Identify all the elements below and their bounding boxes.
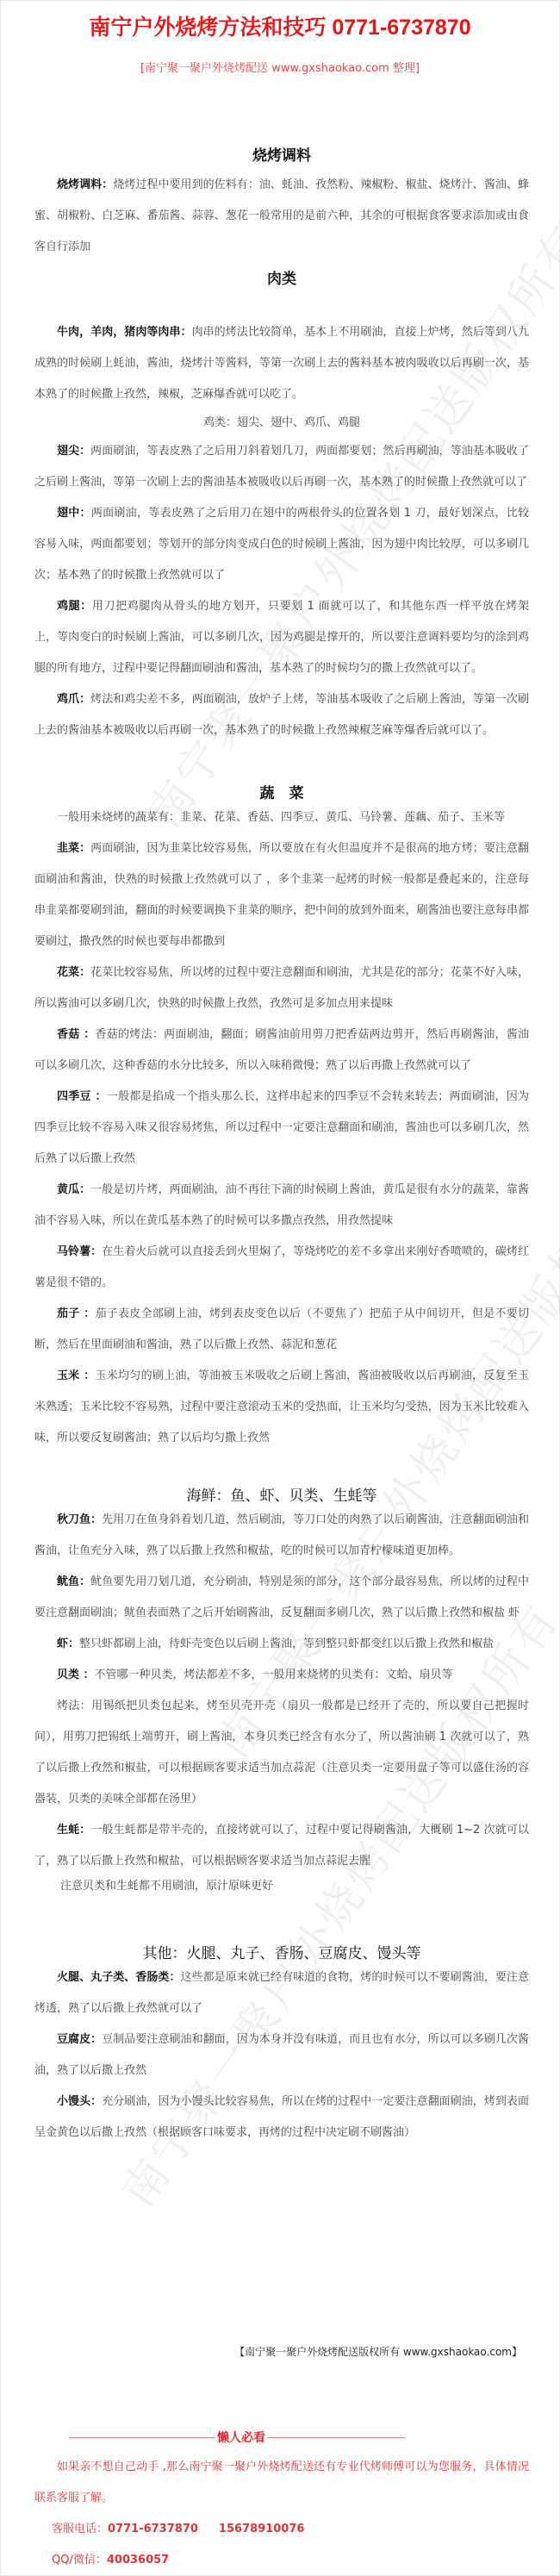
item-label: 鱿鱼： — [57, 1575, 90, 1588]
paragraph-ham-meatballs: 火腿、丸子类、香肠类：这些都是原来就已经有味道的食物，烤的时候可以不要刷酱油，要… — [34, 1962, 529, 2024]
item-text: 烤法和鸡尖差不多，两面刷油，放炉子上烤，等油基本吸收了之后刷上酱油，等第一次刷上… — [34, 693, 529, 737]
item-label: 玉米 ： — [57, 1369, 96, 1382]
item-text: 用刀把鸡腿肉从骨头的地方划开，只要划 1 面就可以了，和其他东西一样平放在烤架上… — [34, 600, 529, 675]
divider-line-left — [69, 2437, 224, 2438]
paragraph-shellfish-method: 烤法：用锡纸把贝类包起来，烤至贝壳开壳（扇贝一般都是已经开了壳的，所以要自己把握… — [34, 1691, 529, 1815]
item-label: 韭菜： — [57, 842, 90, 855]
item-label: 茄子 ： — [57, 1307, 96, 1320]
item-label: 四季豆 ： — [57, 1090, 107, 1103]
item-text: 先用刀在鱼身斜着划几道，然后刷油，等刀口处的肉熟了以后刷酱油，注意翻面刷油和酱油… — [34, 1513, 529, 1557]
paragraph-skewers: 牛肉，羊肉，猪肉等肉串：肉串的烤法比较简单，基本上不用刷油，直接上炉烤，然后等到… — [34, 317, 529, 410]
item-label: 鸡爪： — [57, 693, 90, 706]
item-text: 茄子表皮全部刷上油，烤到表皮变色以后（不要焦了）把茄子从中间切开，但是不要切断，… — [34, 1307, 529, 1351]
article-body: 烧烤调料 烧烤调料：烧烤过程中要用到的佐料有：油、蚝油、孜然粉、辣椒粉、椒盐、烧… — [34, 129, 529, 2149]
item-label: 翅尖： — [57, 445, 90, 458]
section-heading-meat: 肉类 — [34, 266, 529, 288]
section-heading-seafood: 海鲜：鱼、虾、贝类、生蚝等 — [34, 1483, 529, 1505]
item-label: 小馒头： — [57, 2095, 102, 2108]
item-label: 秋刀鱼： — [57, 1513, 102, 1526]
chicken-types-line: 鸡类：翅尖、翅中、鸡爪、鸡腿 — [34, 410, 529, 436]
item-text: 充分刷油，因为小馒头比较容易焦，所以在烤的过程中一定要注意翻面刷油，烤到表面呈金… — [34, 2095, 529, 2139]
phone-label: 客服电话： — [52, 2523, 108, 2535]
item-label: 生蚝： — [57, 1824, 90, 1837]
item-label: 鸡腿： — [57, 600, 92, 613]
item-text: 香菇的烤法：两面刷油，翻面；刷酱油前用剪刀把香菇两边剪开，然后再刷酱油，酱油可以… — [34, 1028, 529, 1072]
paragraph-chives: 韭菜：两面刷油，因为韭菜比较容易焦，所以要放在有火但温度并不是很高的地方烤；要注… — [34, 833, 529, 957]
paragraph-buns: 小馒头：充分刷油，因为小馒头比较容易焦，所以在烤的过程中一定要注意翻面刷油，烤到… — [34, 2086, 529, 2149]
item-text: 烤法：用锡纸把贝类包起来，烤至贝壳开壳（扇贝一般都是已经开了壳的，所以要自己把握… — [34, 1700, 529, 1806]
contact-qq-row: QQ/微信：40036057 — [34, 2545, 529, 2576]
paragraph-saury: 秋刀鱼：先用刀在鱼身斜着划几道，然后刷油，等刀口处的肉熟了以后刷酱油，注意翻面刷… — [34, 1505, 529, 1567]
paragraph-chicken-leg: 鸡腿：用刀把鸡腿肉从骨头的地方划开，只要划 1 面就可以了，和其他东西一样平放在… — [34, 591, 529, 684]
item-text: 豆制品要注意刷油和翻面，因为本身并没有味道，而且也有水分，所以可以多刷几次酱油，… — [34, 2033, 529, 2077]
page-title: 南宁户外烧烤方法和技巧 0771-6737870 — [0, 10, 560, 41]
section-heading-others: 其他：火腿、丸子、香肠、豆腐皮、馒头等 — [34, 1941, 529, 1962]
paragraph-eggplant: 茄子 ：茄子表皮全部刷上油，烤到表皮变色以后（不要焦了）把茄子从中间切开，但是不… — [34, 1299, 529, 1361]
item-label: 火腿、丸子类、香肠类： — [57, 1971, 181, 1984]
paragraph-cucumber: 黄瓜：一般是切片烤，两面刷油，油不再往下滴的时候刷上酱油，黄瓜是很有水分的蔬菜，… — [34, 1175, 529, 1237]
item-label: 翅中： — [57, 507, 91, 520]
qq-label: QQ/微信： — [52, 2554, 107, 2567]
paragraph-green-beans: 四季豆 ：一般都是掐成一个指头那么长，这样串起来的四季豆不会转来转去；两面刷油，… — [34, 1082, 529, 1175]
item-text: 不管哪一种贝类，烤法都差不多，一般用来烧烤的贝类有：文蛤、扇贝等 — [95, 1668, 453, 1681]
section-heading-vegetables: 蔬 菜 — [34, 781, 529, 802]
paragraph-tofu-skin: 豆腐皮：豆制品要注意刷油和翻面，因为本身并没有味道，而且也有水分，所以可以多刷几… — [34, 2024, 529, 2086]
promo-block: 如果亲不想自己动手 ,那么南宁聚一聚户外烧烤配送还有专业代烤师傅可以为您服务，具… — [34, 2452, 529, 2576]
lazy-must-read-divider: 懒人必看 — [69, 2429, 405, 2446]
item-text: 在生着火后就可以直接丢到火里焖了，等烧烤吃的差不多拿出来刚好香喷喷的，碳烤红薯是… — [34, 1245, 529, 1289]
item-label: 虾： — [57, 1637, 79, 1650]
item-label: 马铃薯： — [57, 1245, 102, 1258]
promo-text: 如果亲不想自己动手 ,那么南宁聚一聚户外烧烤配送还有专业代烤师傅可以为您服务，具… — [34, 2452, 529, 2514]
divider-label: 懒人必看 — [215, 2429, 267, 2446]
paragraph-seafood-note: 注意贝类和生蚝都不用刷油，原汁原味更好 — [34, 1877, 529, 1896]
item-label: 牛肉，羊肉，猪肉等肉串： — [57, 326, 192, 339]
item-text: 两面刷油，等表皮熟了之后用刀斜着划几刀，两面都要划；然后再刷油，等油基本吸收了之… — [34, 445, 529, 489]
section-heading-seasoning: 烧烤调料 — [34, 143, 529, 165]
paragraph-cauliflower: 花菜：花菜比较容易焦，所以烤的过程中要注意翻面和刷油，尤其是花的部分；花菜不好入… — [34, 957, 529, 1020]
paragraph-corn: 玉米 ：玉米均匀的刷上油，等油被玉米吸收之后刷上酱油，酱油被吸收以后再刷油，反复… — [34, 1361, 529, 1454]
paragraph-wing-tip: 翅尖：两面刷油，等表皮熟了之后用刀斜着划几刀，两面都要划；然后再刷油，等油基本吸… — [34, 436, 529, 498]
copyright-notice: 【南宁聚一聚户外烧烤配送版权所有 www.gxshaokao.com】 — [234, 2344, 522, 2359]
item-text: 整只虾都刷上油，待虾壳变色以后刷上酱油，等到整只虾都变红以后撒上孜然和椒盐 — [79, 1637, 494, 1650]
item-label: 烧烤调料： — [57, 178, 113, 191]
item-label: 香菇 ： — [57, 1028, 96, 1041]
paragraph-wing-middle: 翅中：两面刷油，等表皮熟了之后用刀在翅中的两根骨头的位置各划 1 刀，最好划深点… — [34, 498, 529, 591]
divider-line-right — [267, 2437, 405, 2438]
item-text: 鱿鱼要先用刀划几道，充分刷油，特别是须的部分，这个部分最容易焦，所以烤的过程中要… — [34, 1575, 529, 1619]
item-text: 两面刷油，因为韭菜比较容易焦，所以要放在有火但温度并不是很高的地方烤；要注意翻面… — [34, 842, 529, 948]
paragraph-oyster: 生蚝：一般生蚝都是带半壳的，直接烤就可以了，过程中要记得刷酱油，大概刷 1~2 … — [34, 1815, 529, 1877]
item-text: 一般是切片烤，两面刷油，油不再往下滴的时候刷上酱油，黄瓜是很有水分的蔬菜，靠酱油… — [34, 1183, 529, 1227]
item-label: 贝类 ： — [57, 1668, 95, 1681]
item-text: 花菜比较容易焦，所以烤的过程中要注意翻面和刷油，尤其是花的部分；花菜不好入味，所… — [34, 966, 529, 1010]
paragraph-shrimp: 虾：整只虾都刷上油，待虾壳变色以后刷上酱油，等到整只虾都变红以后撒上孜然和椒盐 — [34, 1629, 529, 1660]
phone-number-1[interactable]: 0771-6737870 — [108, 2523, 198, 2535]
paragraph-shellfish: 贝类 ：不管哪一种贝类，烤法都差不多，一般用来烧烤的贝类有：文蛤、扇贝等 — [34, 1660, 529, 1691]
phone-number-2[interactable]: 15678910076 — [219, 2523, 305, 2535]
item-text: 两面刷油，等表皮熟了之后用刀在翅中的两根骨头的位置各划 1 刀，最好划深点，比较… — [34, 507, 529, 582]
paragraph-mushroom: 香菇 ：香菇的烤法：两面刷油，翻面；刷酱油前用剪刀把香菇两边剪开，然后再刷酱油，… — [34, 1020, 529, 1082]
page-subtitle: [南宁聚一聚户外烧烤配送 www.gxshaokao.com 整理] — [0, 59, 560, 75]
qq-number[interactable]: 40036057 — [107, 2554, 169, 2567]
item-label: 豆腐皮： — [57, 2033, 102, 2046]
paragraph-vegetables-intro: 一般用来烧烤的蔬菜有：韭菜、花菜、香菇、四季豆、黄瓜、马铃薯、莲藕、茄子、玉米等 — [34, 802, 529, 833]
contact-phone-row: 客服电话：0771-673787015678910076 — [34, 2514, 529, 2545]
item-label: 花菜： — [57, 966, 90, 979]
item-label: 黄瓜： — [57, 1183, 90, 1196]
item-text: 一般都是掐成一个指头那么长，这样串起来的四季豆不会转来转去；两面刷油，因为四季豆… — [34, 1090, 529, 1165]
paragraph-squid: 鱿鱼：鱿鱼要先用刀划几道，充分刷油，特别是须的部分，这个部分最容易焦，所以烤的过… — [34, 1567, 529, 1629]
paragraph-chicken-feet: 鸡爪：烤法和鸡尖差不多，两面刷油，放炉子上烤，等油基本吸收了之后刷上酱油，等第一… — [34, 684, 529, 746]
item-text: 玉米均匀的刷上油，等油被玉米吸收之后刷上酱油，酱油被吸收以后再刷油，反复至玉米熟… — [34, 1369, 529, 1444]
item-text: 一般生蚝都是带半壳的，直接烤就可以了，过程中要记得刷酱油，大概刷 1~2 次就可… — [34, 1824, 529, 1868]
paragraph-seasoning: 烧烤调料：烧烤过程中要用到的佐料有：油、蚝油、孜然粉、辣椒粉、椒盐、烧烤汁、酱油… — [34, 170, 529, 263]
paragraph-potato: 马铃薯：在生着火后就可以直接丢到火里焖了，等烧烤吃的差不多拿出来刚好香喷喷的，碳… — [34, 1237, 529, 1299]
